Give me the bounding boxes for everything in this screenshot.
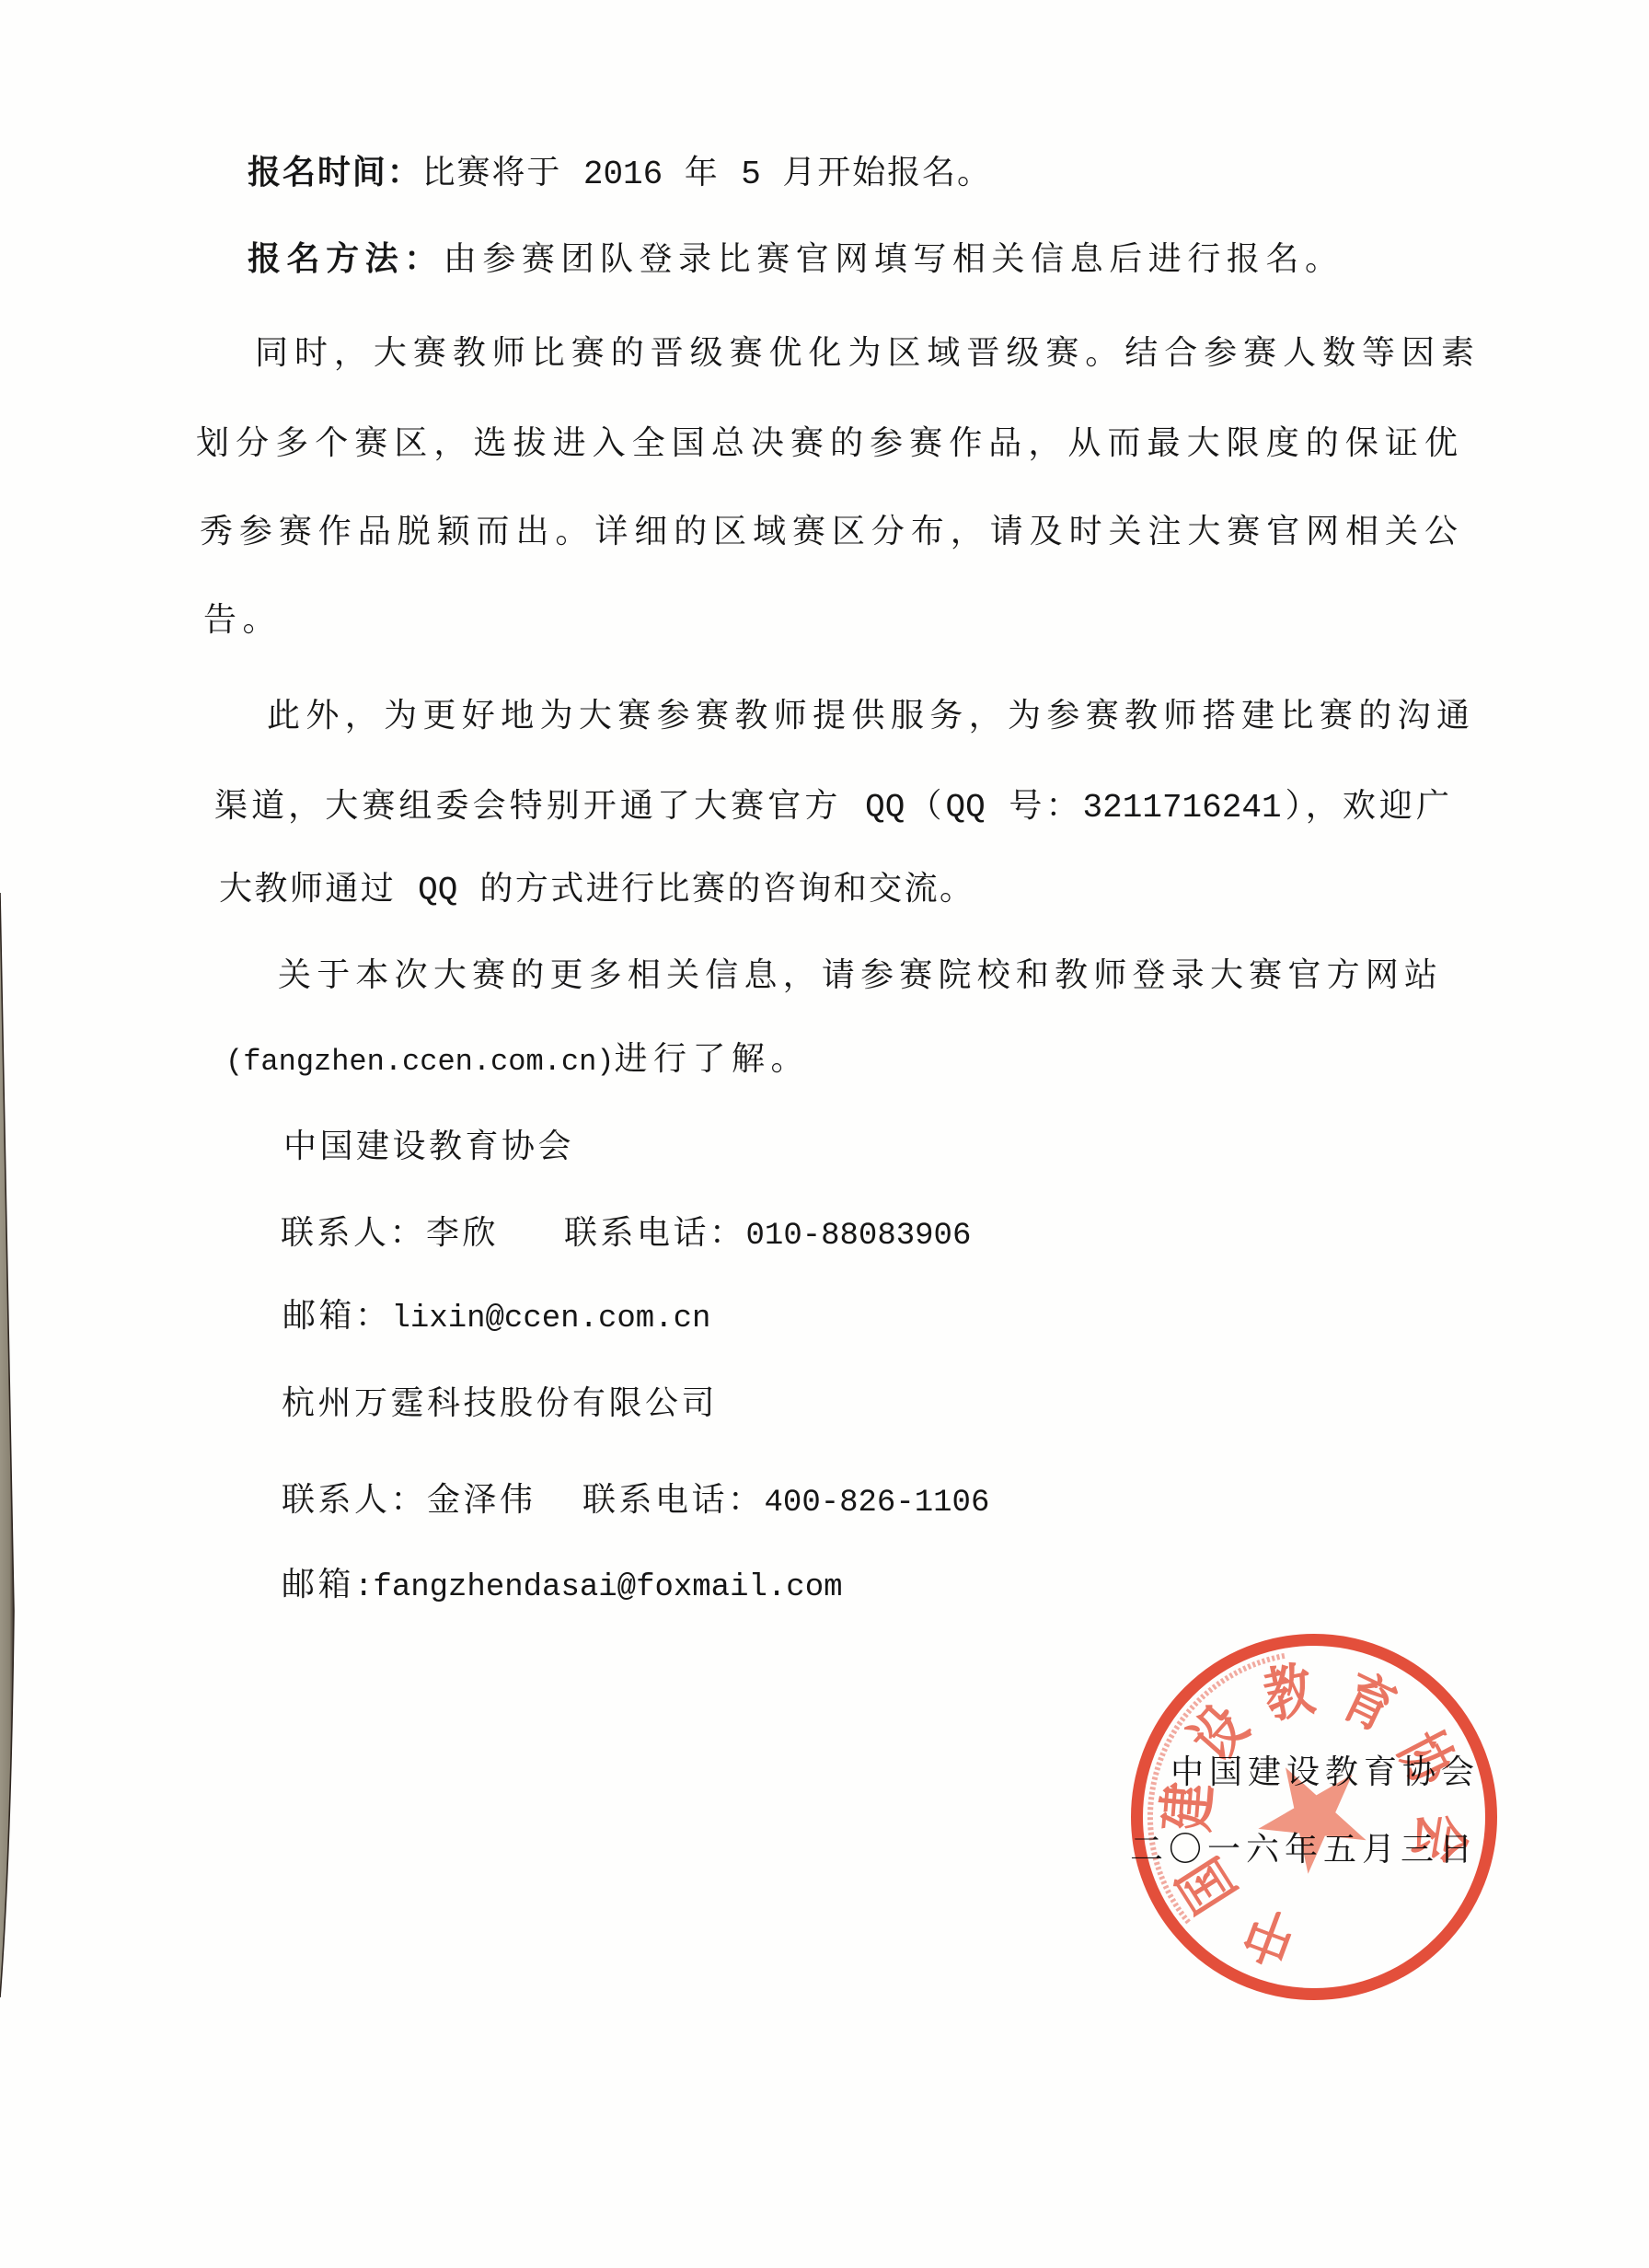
contact-1-person-row: 联系人：李欣 联系电话：010-88083906 [281, 1217, 1017, 1254]
seal-char: 协 [1385, 1721, 1470, 1798]
scanned-document-page: 报名时间：比赛将于 2016 年 5 月开始报名。 报名方法：由参赛团队登录比赛… [0, 0, 1649, 2268]
seal-char: 会 [1401, 1809, 1478, 1868]
paragraph-regional-line-3: 秀参赛作品脱颖而出。详细的区域赛区分布，请及时关注大赛官网相关公 [200, 515, 1458, 552]
registration-time-text: 比赛将于 2016 年 5 月开始报名。 [422, 156, 990, 193]
registration-method-line: 报名方法：由参赛团队登录比赛官网填写相关信息后进行报名。 [248, 243, 1338, 280]
contact-1-email: lixin@ccen.com.cn [392, 1302, 711, 1336]
contact-2-phone-label: 联系电话： [582, 1483, 765, 1521]
official-seal: 中 国 建 设 教 育 协 会 [1121, 1624, 1507, 2010]
paragraph-regional-line-2: 划分多个赛区，选拔进入全国总决赛的参赛作品，从而最大限度的保证优 [196, 427, 1458, 464]
seal-char: 设 [1177, 1692, 1262, 1775]
paragraph-website-line-1: 关于本次大赛的更多相关信息，请参赛院校和教师登录大赛官方网站 [278, 959, 1437, 996]
contact-2-phone: 400-826-1106 [765, 1486, 990, 1521]
contact-2-org: 杭州万霆科技股份有限公司 [282, 1387, 718, 1424]
seal-star-icon [1258, 1767, 1366, 1873]
paragraph-qq-line-1: 此外，为更好地为大赛参赛教师提供服务，为参赛教师搭建比赛的沟通 [267, 700, 1470, 736]
contact-1-person: 李欣 [426, 1216, 499, 1254]
contact-2-email: :fangzhendasai@foxmail.com [354, 1570, 843, 1605]
seal-char: 国 [1165, 1846, 1250, 1925]
paragraph-website-line-2: (fangzhen.ccen.com.cn)进行了解。 [225, 1043, 810, 1080]
contact-1-phone-group: 联系电话：010-88083906 [564, 1217, 971, 1255]
contact-2-email-label: 邮箱 [282, 1568, 354, 1605]
contact-1-person-label: 联系人： [281, 1216, 426, 1254]
registration-method-text: 由参赛团队登录比赛官网填写相关信息后进行报名。 [444, 242, 1338, 280]
contact-2-person-row: 联系人：金泽伟 联系电话：400-826-1106 [282, 1484, 1036, 1521]
registration-time-line: 报名时间：比赛将于 2016 年 5 月开始报名。 [248, 156, 990, 193]
contact-1-org: 中国建设教育协会 [283, 1130, 574, 1167]
paragraph-regional-line-4: 告。 [203, 604, 282, 641]
registration-method-label: 报名方法： [248, 242, 444, 280]
contact-2-email-row: 邮箱:fangzhendasai@foxmail.com [282, 1568, 843, 1605]
page-edge-shadow [0, 884, 22, 2016]
website-suffix: 进行了解。 [614, 1042, 810, 1080]
contact-1-email-row: 邮箱：lixin@ccen.com.cn [283, 1300, 710, 1336]
contact-1-email-label: 邮箱： [283, 1299, 392, 1336]
contact-2-person: 金泽伟 [427, 1483, 536, 1521]
contact-2-phone-group: 联系电话：400-826-1106 [582, 1484, 989, 1522]
paragraph-regional-line-1: 同时，大赛教师比赛的晋级赛优化为区域晋级赛。结合参赛人数等因素 [255, 337, 1474, 374]
paragraph-qq-line-2: 渠道，大赛组委会特别开通了大赛官方 QQ（QQ 号：3211716241），欢迎… [214, 790, 1449, 827]
paragraph-qq-line-3: 大教师通过 QQ 的方式进行比赛的咨询和交流。 [219, 873, 973, 909]
registration-time-label: 报名时间： [248, 156, 422, 193]
seal-char: 育 [1332, 1660, 1405, 1744]
contact-1-phone-label: 联系电话： [564, 1216, 746, 1254]
seal-char: 中 [1235, 1895, 1305, 1977]
contact-2-person-label: 联系人： [282, 1483, 427, 1521]
seal-char: 建 [1151, 1780, 1224, 1834]
website-url: (fangzhen.ccen.com.cn) [225, 1045, 614, 1079]
contact-1-phone: 010-88083906 [746, 1219, 972, 1254]
seal-char: 教 [1258, 1653, 1320, 1730]
